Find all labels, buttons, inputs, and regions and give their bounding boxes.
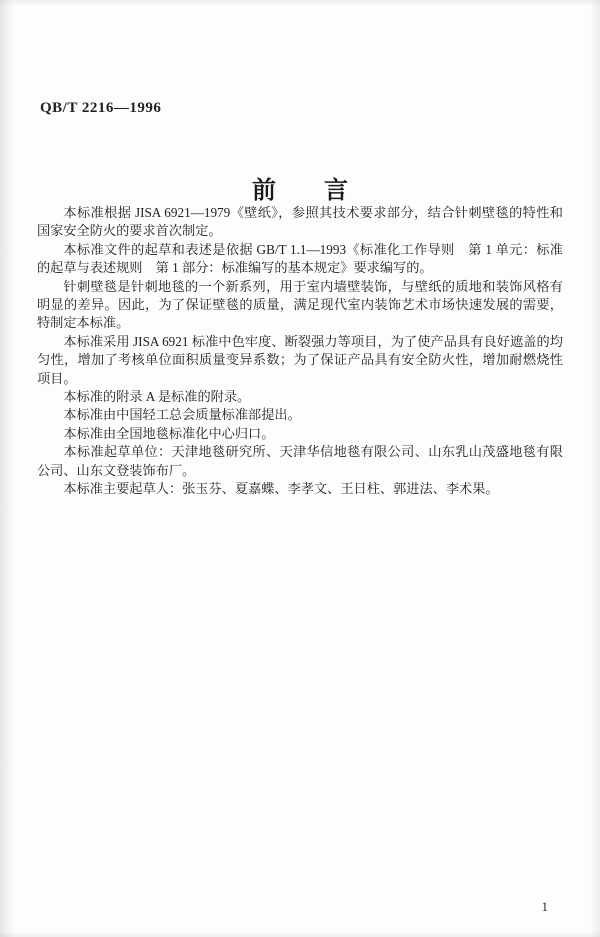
- page-number: 1: [542, 899, 549, 915]
- foreword-title: 前 言: [0, 170, 600, 205]
- foreword-paragraph: 本标准的附录 A 是标准的附录。: [37, 388, 563, 406]
- foreword-paragraph: 本标准起草单位：天津地毯研究所、天津华信地毯有限公司、山东乳山茂盛地毯有限公司、…: [37, 443, 563, 480]
- foreword-body: 本标准根据 JISA 6921—1979《壁纸》，参照其技术要求部分，结合针刺壁…: [37, 204, 563, 499]
- foreword-paragraph: 本标准文件的起草和表述是依据 GB/T 1.1—1993《标准化工作导则 第 1…: [37, 241, 563, 278]
- foreword-paragraph: 针刺壁毯是针刺地毯的一个新系列，用于室内墙壁装饰，与壁纸的质地和装饰风格有明显的…: [37, 278, 563, 333]
- foreword-paragraph: 本标准根据 JISA 6921—1979《壁纸》，参照其技术要求部分，结合针刺壁…: [37, 204, 563, 241]
- foreword-paragraph: 本标准由全国地毯标准化中心归口。: [37, 425, 563, 443]
- document-page: QB/T 2216—1996 前 言 本标准根据 JISA 6921—1979《…: [0, 0, 600, 937]
- standard-code: QB/T 2216—1996: [40, 100, 161, 117]
- foreword-paragraph: 本标准采用 JISA 6921 标准中色牢度、断裂强力等项目，为了使产品具有良好…: [37, 333, 563, 388]
- foreword-paragraph: 本标准主要起草人：张玉芬、夏嘉蝶、李孝文、王日柱、郭进法、李术果。: [37, 480, 563, 498]
- foreword-paragraph: 本标准由中国轻工总会质量标准部提出。: [37, 406, 563, 424]
